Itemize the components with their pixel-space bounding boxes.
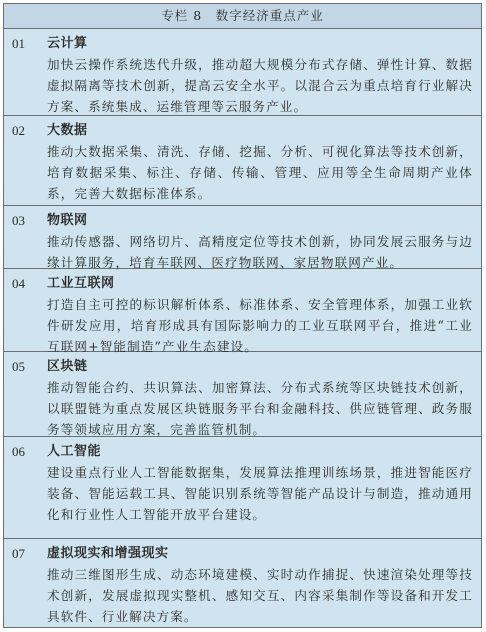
- section-big-data: 02大数据 推动大数据采集、清洗、存储、挖掘、分析、可视化算法等技术创新，培育数…: [4, 116, 481, 206]
- section-cloud-computing: 01云计算 加快云操作系统迭代升级，推动超大规模分布式存储、弹性计算、数据虚拟隔…: [4, 29, 481, 116]
- section-body: 推动智能合约、共识算法、加密算法、分布式系统等区块链技术创新，以联盟链为重点发展…: [12, 377, 473, 440]
- section-title: 区块链: [47, 356, 88, 377]
- section-number: 04: [12, 273, 47, 294]
- section-title: 工业互联网: [47, 273, 115, 294]
- section-title: 人工智能: [47, 441, 101, 462]
- section-body: 打造自主可控的标识解析体系、标准体系、安全管理体系，加强工业软件研发应用，培育形…: [12, 294, 473, 357]
- section-number: 07: [12, 543, 47, 564]
- section-body: 建设重点行业人工智能数据集，发展算法推理训练场景，推进智能医疗装备、智能运载工具…: [12, 462, 473, 525]
- section-blockchain: 05区块链 推动智能合约、共识算法、加密算法、分布式系统等区块链技术创新，以联盟…: [4, 352, 481, 437]
- section-number: 01: [12, 33, 47, 54]
- section-vr-ar: 07虚拟现实和增强现实 推动三维图形生成、动态环境建模、实时动作捕捉、快速渲染处…: [4, 539, 481, 628]
- section-number: 06: [12, 441, 47, 462]
- box-header: 专栏 8 数字经济重点产业: [4, 4, 481, 29]
- section-title: 大数据: [47, 120, 88, 141]
- section-body: 推动三维图形生成、动态环境建模、实时动作捕捉、快速渲染处理等技术创新，发展虚拟现…: [12, 564, 473, 627]
- feature-box: 专栏 8 数字经济重点产业 01云计算 加快云操作系统迭代升级，推动超大规模分布…: [3, 3, 482, 628]
- section-ai: 06人工智能 建设重点行业人工智能数据集，发展算法推理训练场景，推进智能医疗装备…: [4, 437, 481, 539]
- section-number: 05: [12, 356, 47, 377]
- section-body: 推动大数据采集、清洗、存储、挖掘、分析、可视化算法等技术创新，培育数据采集、标注…: [12, 141, 473, 204]
- section-body: 推动传感器、网络切片、高精度定位等技术创新，协同发展云服务与边缘计算服务，培育车…: [12, 231, 473, 273]
- section-title: 虚拟现实和增强现实: [47, 543, 169, 564]
- section-title: 云计算: [47, 33, 88, 54]
- section-industrial-internet: 04工业互联网 打造自主可控的标识解析体系、标准体系、安全管理体系，加强工业软件…: [4, 269, 481, 352]
- section-number: 03: [12, 210, 47, 231]
- box-title: 专栏 8 数字经济重点产业: [161, 8, 323, 23]
- section-number: 02: [12, 120, 47, 141]
- section-title: 物联网: [47, 210, 88, 231]
- section-iot: 03物联网 推动传感器、网络切片、高精度定位等技术创新，协同发展云服务与边缘计算…: [4, 206, 481, 269]
- section-body: 加快云操作系统迭代升级，推动超大规模分布式存储、弹性计算、数据虚拟隔离等技术创新…: [12, 54, 473, 117]
